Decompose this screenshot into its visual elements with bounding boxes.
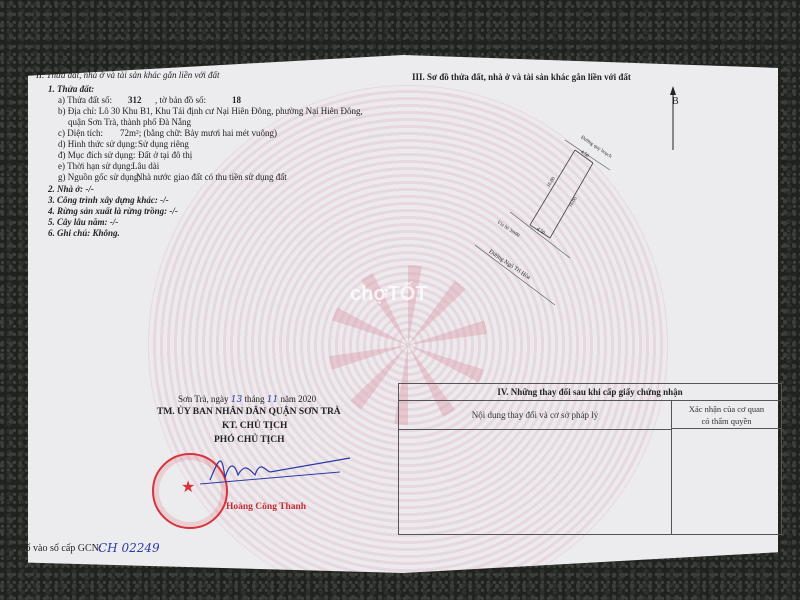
date-prefix: Sơn Trà, ngày <box>178 394 229 404</box>
date-month: 11 <box>267 395 278 405</box>
date-line: Sơn Trà, ngày 13 tháng 11 năm 2020 <box>178 394 316 405</box>
changes-table: IV. Những thay đổi sau khi cấp giấy chứn… <box>398 383 782 535</box>
issuing-org: TM. ỦY BAN NHÂN DÂN QUẬN SƠN TRÀ <box>157 407 341 417</box>
confirmation-line1: Xác nhận của cơ quan <box>672 403 781 415</box>
handwritten-signature <box>200 450 360 490</box>
signer-role2: PHÓ CHỦ TỊCH <box>214 435 285 445</box>
watermark: chợTỐT <box>350 283 428 306</box>
signer-name: Hoàng Công Thanh <box>226 502 306 512</box>
registry-number: CH 02249 <box>98 541 160 555</box>
signer-role1: KT. CHỦ TỊCH <box>222 421 287 431</box>
changes-col-content: Nội dung thay đổi và cơ sở pháp lý <box>399 401 672 430</box>
registry-label: Số vào sổ cấp GCN: <box>20 543 102 554</box>
date-month-label: tháng <box>244 394 264 404</box>
confirmation-line2: có thẩm quyền <box>672 415 781 427</box>
date-year: năm 2020 <box>280 394 316 404</box>
changes-table-title: IV. Những thay đổi sau khi cấp giấy chứn… <box>399 384 781 401</box>
date-day: 13 <box>231 395 242 405</box>
north-arrow-label: B <box>672 96 679 107</box>
changes-col-confirmation: Xác nhận của cơ quan có thẩm quyền <box>672 401 781 429</box>
column-divider <box>671 429 672 534</box>
